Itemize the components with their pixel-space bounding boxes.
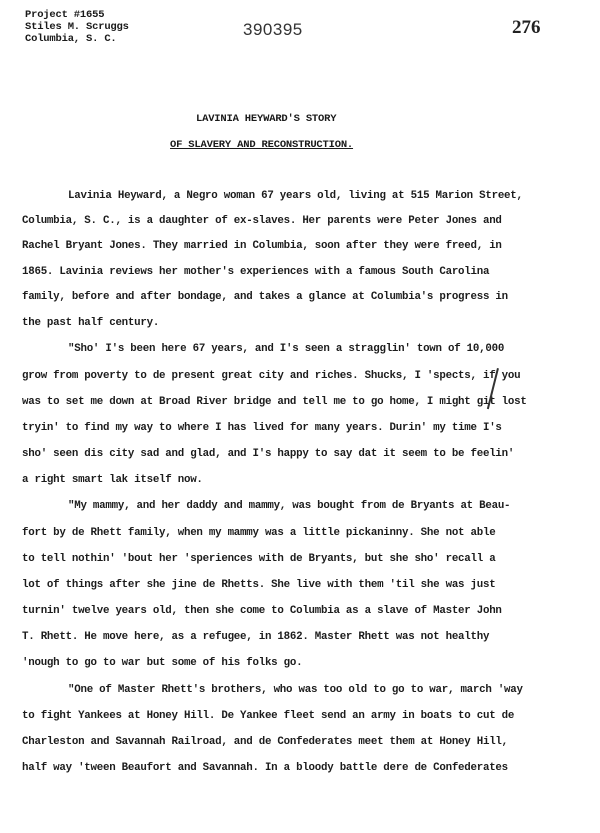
- text-line: Rachel Bryant Jones. They married in Col…: [22, 240, 502, 252]
- text-line: "One of Master Rhett's brothers, who was…: [68, 684, 523, 696]
- text-line: fort by de Rhett family, when my mammy w…: [22, 527, 495, 539]
- text-line: tryin' to find my way to where I has liv…: [22, 422, 502, 434]
- document-title: LAVINIA HEYWARD'S STORY: [196, 113, 336, 125]
- project-header: Project #1655 Stiles M. Scruggs Columbia…: [25, 9, 129, 45]
- text-line: half way 'tween Beaufort and Savannah. I…: [22, 762, 508, 774]
- text-line: Lavinia Heyward, a Negro woman 67 years …: [68, 190, 523, 202]
- text-line: turnin' twelve years old, then she come …: [22, 605, 502, 617]
- text-line: a right smart lak itself now.: [22, 474, 203, 486]
- text-line: T. Rhett. He move here, as a refugee, in…: [22, 631, 489, 643]
- text-line: "My mammy, and her daddy and mammy, was …: [68, 500, 510, 512]
- project-number: Project #1655: [25, 9, 129, 21]
- accession-number: 390395: [243, 20, 303, 40]
- text-line: to tell nothin' 'bout her 'speriences wi…: [22, 553, 495, 565]
- text-line: 1865. Lavinia reviews her mother's exper…: [22, 266, 489, 278]
- author-name: Stiles M. Scruggs: [25, 21, 129, 33]
- text-line: was to set me down at Broad River bridge…: [22, 396, 527, 408]
- text-line: "Sho' I's been here 67 years, and I's se…: [68, 343, 504, 355]
- page-number: 276: [512, 17, 541, 39]
- text-line: 'nough to go to war but some of his folk…: [22, 657, 302, 669]
- text-line: grow from poverty to de present great ci…: [22, 370, 520, 382]
- document-subtitle: OF SLAVERY AND RECONSTRUCTION.: [170, 139, 353, 151]
- text-line: sho' seen dis city sad and glad, and I's…: [22, 448, 514, 460]
- text-line: lot of things after she jine de Rhetts. …: [22, 579, 495, 591]
- text-line: Charleston and Savannah Railroad, and de…: [22, 736, 508, 748]
- text-line: the past half century.: [22, 317, 159, 329]
- location: Columbia, S. C.: [25, 33, 129, 45]
- text-line: family, before and after bondage, and ta…: [22, 291, 508, 303]
- text-line: to fight Yankees at Honey Hill. De Yanke…: [22, 710, 514, 722]
- text-line: Columbia, S. C., is a daughter of ex-sla…: [22, 215, 502, 227]
